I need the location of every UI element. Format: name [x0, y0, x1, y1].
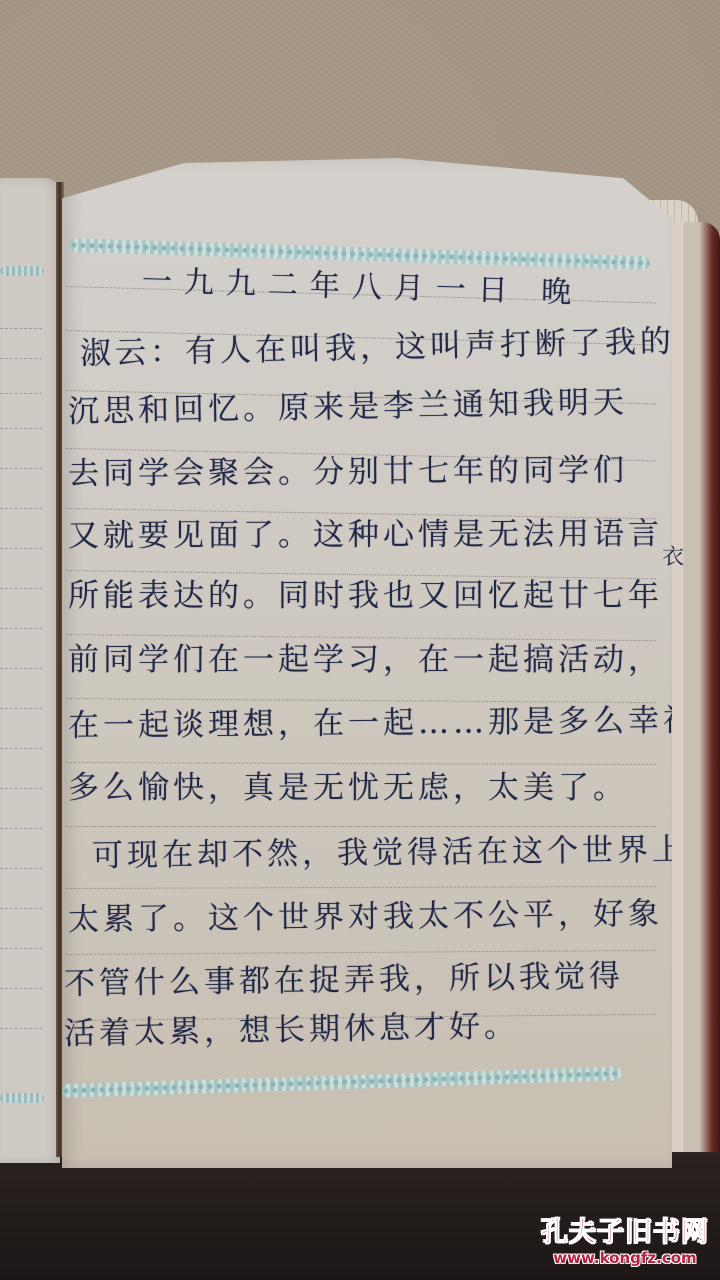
diary-line: 太累了。这个世界对我太不公平，好象	[68, 888, 663, 939]
diary-line: 前同学们在一起学习，在一起搞活动，	[68, 634, 663, 679]
left-page-rule	[0, 328, 42, 329]
left-page-rule	[0, 788, 42, 789]
diary-line: 可现在却不然，我觉得活在这个世界上	[92, 824, 687, 875]
diary-line: 不管什么事都在捉弄我，所以我觉得	[64, 950, 625, 1003]
left-page-rule	[0, 948, 42, 949]
diary-line: 活着太累，想长期休息才好。	[64, 1000, 520, 1053]
diary-line: 淑云：有人在叫我，这叫声打断了我的	[80, 316, 676, 373]
margin-note: 衣	[662, 540, 684, 571]
watermark: 孔夫子旧书网 www.kongfz.com	[530, 1210, 720, 1267]
watermark-name: 孔夫子旧书网	[530, 1210, 720, 1249]
left-page-rule	[0, 468, 42, 469]
diary-line: 又就要见面了。这种心情是无法用语言	[68, 508, 663, 555]
left-page-rule	[0, 628, 42, 629]
book-cover-edge	[668, 222, 720, 1152]
left-page-rule	[0, 868, 42, 869]
left-page-rule	[0, 428, 42, 429]
left-page-rule	[0, 508, 42, 509]
bottom-decorative-border	[62, 1066, 622, 1098]
left-page-rule	[0, 1028, 42, 1029]
diary-line: 沉思和回忆。原来是李兰通知我明天	[68, 376, 629, 431]
diary-line: 多么愉快，真是无忧无虑，太美了。	[68, 762, 628, 807]
left-page	[0, 178, 60, 1163]
left-page-border-band	[0, 266, 44, 276]
diary-page: 一九九二年八月一日 晚 淑云：有人在叫我，这叫声打断了我的 沉思和回忆。原来是李…	[62, 158, 672, 1168]
left-page-rule	[0, 393, 42, 394]
watermark-url: www.kongfz.com	[530, 1249, 720, 1267]
left-page-rule	[0, 908, 42, 909]
left-page-rule	[0, 588, 42, 589]
left-page-rule	[0, 548, 42, 549]
diary-line: 在一起谈理想，在一起……那是多么幸福	[68, 695, 698, 745]
left-page-rule	[0, 708, 42, 709]
left-page-rule	[0, 668, 42, 669]
left-page-rule	[0, 828, 42, 829]
diary-line: 去同学会聚会。分别廿七年的同学们	[68, 444, 628, 493]
diary-line: 所能表达的。同时我也又回忆起廿七年	[68, 570, 663, 615]
left-page-rule	[0, 358, 42, 359]
left-page-rule	[0, 748, 42, 749]
left-page-rule	[0, 988, 42, 989]
left-page-border-band	[0, 1093, 44, 1103]
